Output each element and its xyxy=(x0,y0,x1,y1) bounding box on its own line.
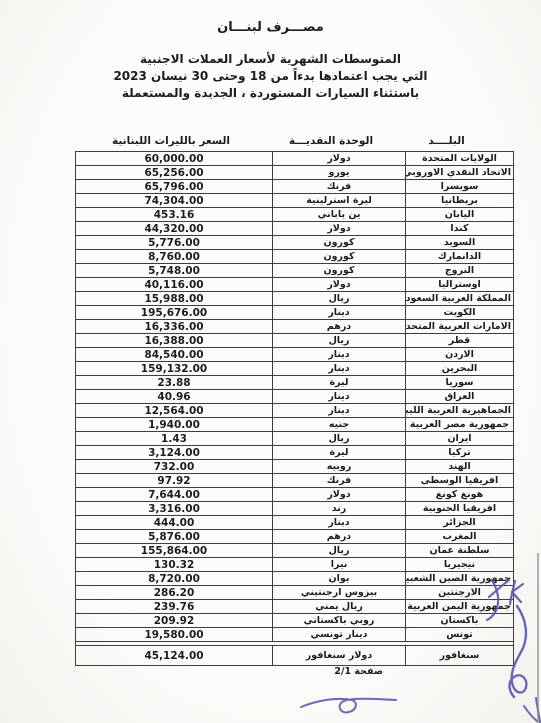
country-cell: الهند xyxy=(406,460,514,474)
country-cell: اوستراليا xyxy=(406,278,514,292)
country-cell: بريطانيا xyxy=(406,194,514,208)
currency-cell: ريال xyxy=(273,334,406,348)
currency-cell: دينار xyxy=(273,306,406,320)
price-cell: 65,256.00 xyxy=(76,166,273,180)
price-cell: 1,940.00 xyxy=(76,418,273,432)
price-cell: 8,720.00 xyxy=(76,572,273,586)
country-cell: سويسرا xyxy=(406,180,514,194)
country-cell: تركيا xyxy=(406,446,514,460)
table-row: نيجيريا نيرا 130.32 xyxy=(76,558,514,572)
table-row: الكويت دينار 195,676.00 xyxy=(76,306,514,320)
table-row: العراق دينار 40.96 xyxy=(76,390,514,404)
exchange-rates-table: الولايات المتحدة دولار 60,000.00 الاتحاد… xyxy=(75,151,514,666)
currency-cell: ليرة xyxy=(273,376,406,390)
currency-cell: دولار xyxy=(273,222,406,236)
price-cell: 97.92 xyxy=(76,474,273,488)
country-cell: الجزائر xyxy=(406,516,514,530)
currency-cell: روبيه xyxy=(273,460,406,474)
table-row: المملكة العربية السعودية ريال 15,988.00 xyxy=(76,292,514,306)
price-cell: 19,580.00 xyxy=(76,628,273,642)
currency-cell: ين ياباني xyxy=(273,208,406,222)
table-row: افريقيا الوسطى فرنك 97.92 xyxy=(76,474,514,488)
table-row: الاردن دينار 84,540.00 xyxy=(76,348,514,362)
country-cell: اليابان xyxy=(406,208,514,222)
bank-title: مصـــرف لبنـــان xyxy=(0,20,541,35)
country-cell: الاردن xyxy=(406,348,514,362)
table-row: ايران ريال 1.43 xyxy=(76,432,514,446)
scanned-document-page: مصـــرف لبنـــان المتوسطات الشهرية لأسعا… xyxy=(0,0,541,723)
table-row: افريقيا الجنوبية رند 3,316.00 xyxy=(76,502,514,516)
table-row: الجزائر دينار 444.00 xyxy=(76,516,514,530)
price-cell: 130.32 xyxy=(76,558,273,572)
country-cell: الجماهيرية العربية الليبية xyxy=(406,404,514,418)
price-cell: 45,124.00 xyxy=(76,646,273,666)
currency-cell: يورو xyxy=(273,166,406,180)
country-cell: العراق xyxy=(406,390,514,404)
price-cell: 155,864.00 xyxy=(76,544,273,558)
price-cell: 16,336.00 xyxy=(76,320,273,334)
country-cell: جمهورية الصين الشعبية xyxy=(406,572,514,586)
table-row: الاتحاد النقدي الاوروبي يورو 65,256.00 xyxy=(76,166,514,180)
price-cell: 40,116.00 xyxy=(76,278,273,292)
subtitle-line-2: التي يجب اعتمادها بدءاً من 18 وحتى 30 ني… xyxy=(0,68,541,85)
table-row: اوستراليا دولار 40,116.00 xyxy=(76,278,514,292)
price-cell: 1.43 xyxy=(76,432,273,446)
currency-cell: دينار xyxy=(273,390,406,404)
price-cell: 286.20 xyxy=(76,586,273,600)
table-row: الهند روبيه 732.00 xyxy=(76,460,514,474)
subtitle-line-3: باستثناء السيارات المستوردة ، الجديدة وا… xyxy=(0,85,541,102)
country-cell: جمهورية مصر العربية xyxy=(406,418,514,432)
column-header-price: السعر بالليرات اللبنانية xyxy=(75,135,267,147)
price-cell: 84,540.00 xyxy=(76,348,273,362)
currency-cell: كورون xyxy=(273,264,406,278)
table-row: جمهورية الصين الشعبية يوان 8,720.00 xyxy=(76,572,514,586)
price-cell: 209.92 xyxy=(76,614,273,628)
table-row: الدانمارك كورون 8,760.00 xyxy=(76,250,514,264)
price-cell: 195,676.00 xyxy=(76,306,273,320)
price-cell: 444.00 xyxy=(76,516,273,530)
price-cell: 12,564.00 xyxy=(76,404,273,418)
table-row: هونغ كونغ دولار 7,644.00 xyxy=(76,488,514,502)
country-cell: المغرب xyxy=(406,530,514,544)
country-cell: السويد xyxy=(406,236,514,250)
country-cell: نيجيريا xyxy=(406,558,514,572)
currency-cell: ليرة استرلينية xyxy=(273,194,406,208)
currency-cell: ريال xyxy=(273,544,406,558)
currency-cell: درهم xyxy=(273,320,406,334)
price-cell: 8,760.00 xyxy=(76,250,273,264)
currency-cell: دينار xyxy=(273,362,406,376)
table-row: سويسرا فرنك 65,796.00 xyxy=(76,180,514,194)
currency-cell: كورون xyxy=(273,250,406,264)
price-cell: 65,796.00 xyxy=(76,180,273,194)
currency-cell: جنيه xyxy=(273,418,406,432)
country-cell: الامارات العربية المتحدة xyxy=(406,320,514,334)
table-row: بريطانيا ليرة استرلينية 74,304.00 xyxy=(76,194,514,208)
country-cell: افريقيا الجنوبية xyxy=(406,502,514,516)
price-cell: 44,320.00 xyxy=(76,222,273,236)
currency-cell: نيرا xyxy=(273,558,406,572)
currency-cell: دولار xyxy=(273,152,406,166)
price-cell: 5,776.00 xyxy=(76,236,273,250)
country-cell: الدانمارك xyxy=(406,250,514,264)
currency-cell: دولار xyxy=(273,278,406,292)
column-header-currency: الوحدة النقديـــة xyxy=(267,135,395,147)
table-row: جمهورية مصر العربية جنيه 1,940.00 xyxy=(76,418,514,432)
rates-table-body: الولايات المتحدة دولار 60,000.00 الاتحاد… xyxy=(76,152,514,666)
price-cell: 5,876.00 xyxy=(76,530,273,544)
subtitle-line-1: المتوسطات الشهرية لأسعار العملات الاجنبي… xyxy=(0,51,541,68)
country-cell: افريقيا الوسطى xyxy=(406,474,514,488)
currency-cell: رند xyxy=(273,502,406,516)
table-row: البحرين دينار 159,132.00 xyxy=(76,362,514,376)
table-row: المغرب درهم 5,876.00 xyxy=(76,530,514,544)
country-cell: الكويت xyxy=(406,306,514,320)
table-row: قطر ريال 16,388.00 xyxy=(76,334,514,348)
page-number: صفحة 2/1 xyxy=(334,666,383,677)
country-cell: الولايات المتحدة xyxy=(406,152,514,166)
currency-cell: بيزوس ارجنتيني xyxy=(273,586,406,600)
currency-cell: فرنك xyxy=(273,474,406,488)
price-cell: 74,304.00 xyxy=(76,194,273,208)
table-row: سلطنة عمان ريال 155,864.00 xyxy=(76,544,514,558)
table-row: الجماهيرية العربية الليبية دينار 12,564.… xyxy=(76,404,514,418)
table-row: باكستان روبي باكستاني 209.92 xyxy=(76,614,514,628)
currency-cell: دينار xyxy=(273,404,406,418)
currency-cell: يوان xyxy=(273,572,406,586)
currency-cell: ليرة xyxy=(273,446,406,460)
currency-cell: روبي باكستاني xyxy=(273,614,406,628)
price-cell: 239.76 xyxy=(76,600,273,614)
country-cell: تونس xyxy=(406,628,514,642)
table-row: الامارات العربية المتحدة درهم 16,336.00 xyxy=(76,320,514,334)
price-cell: 453.16 xyxy=(76,208,273,222)
currency-cell: دينار xyxy=(273,348,406,362)
country-cell: ايران xyxy=(406,432,514,446)
scan-edge-artifact xyxy=(537,553,539,723)
table-row: النروج كورون 5,748.00 xyxy=(76,264,514,278)
document-subtitle: المتوسطات الشهرية لأسعار العملات الاجنبي… xyxy=(0,51,541,102)
table-row: السويد كورون 5,776.00 xyxy=(76,236,514,250)
country-cell: سنغافور xyxy=(406,646,514,666)
price-cell: 40.96 xyxy=(76,390,273,404)
table-row: تركيا ليرة 3,124.00 xyxy=(76,446,514,460)
table-row: سوريا ليرة 23.88 xyxy=(76,376,514,390)
price-cell: 7,644.00 xyxy=(76,488,273,502)
price-cell: 15,988.00 xyxy=(76,292,273,306)
column-header-country: البلــــد xyxy=(395,135,498,147)
table-row: جمهورية اليمن العربية ريال يمني 239.76 xyxy=(76,600,514,614)
currency-cell: كورون xyxy=(273,236,406,250)
country-cell: باكستان xyxy=(406,614,514,628)
country-cell: سوريا xyxy=(406,376,514,390)
price-cell: 159,132.00 xyxy=(76,362,273,376)
currency-cell: درهم xyxy=(273,530,406,544)
currency-cell: دينار تونسي xyxy=(273,628,406,642)
table-row: كندا دولار 44,320.00 xyxy=(76,222,514,236)
price-cell: 3,124.00 xyxy=(76,446,273,460)
table-row: تونس دينار تونسي 19,580.00 xyxy=(76,628,514,642)
table-row: الارجنتين بيزوس ارجنتيني 286.20 xyxy=(76,586,514,600)
country-cell: الارجنتين xyxy=(406,586,514,600)
country-cell: هونغ كونغ xyxy=(406,488,514,502)
table-row: الولايات المتحدة دولار 60,000.00 xyxy=(76,152,514,166)
table-row: سنغافور دولار سنغافور 45,124.00 xyxy=(76,646,514,666)
currency-cell: دينار xyxy=(273,516,406,530)
price-cell: 3,316.00 xyxy=(76,502,273,516)
price-cell: 16,388.00 xyxy=(76,334,273,348)
country-cell: الاتحاد النقدي الاوروبي xyxy=(406,166,514,180)
price-cell: 60,000.00 xyxy=(76,152,273,166)
price-cell: 732.00 xyxy=(76,460,273,474)
table-row: اليابان ين ياباني 453.16 xyxy=(76,208,514,222)
country-cell: النروج xyxy=(406,264,514,278)
price-cell: 5,748.00 xyxy=(76,264,273,278)
country-cell: كندا xyxy=(406,222,514,236)
currency-cell: ريال xyxy=(273,432,406,446)
signature-scribble-mark xyxy=(301,699,396,713)
currency-cell: فرنك xyxy=(273,180,406,194)
price-cell: 23.88 xyxy=(76,376,273,390)
currency-cell: ريال xyxy=(273,292,406,306)
currency-cell: دولار xyxy=(273,488,406,502)
country-cell: البحرين xyxy=(406,362,514,376)
country-cell: جمهورية اليمن العربية xyxy=(406,600,514,614)
table-column-headers: البلــــد الوحدة النقديـــة السعر باللير… xyxy=(75,135,498,147)
currency-cell: ريال يمني xyxy=(273,600,406,614)
country-cell: المملكة العربية السعودية xyxy=(406,292,514,306)
country-cell: سلطنة عمان xyxy=(406,544,514,558)
currency-cell: دولار سنغافور xyxy=(273,646,406,666)
country-cell: قطر xyxy=(406,334,514,348)
